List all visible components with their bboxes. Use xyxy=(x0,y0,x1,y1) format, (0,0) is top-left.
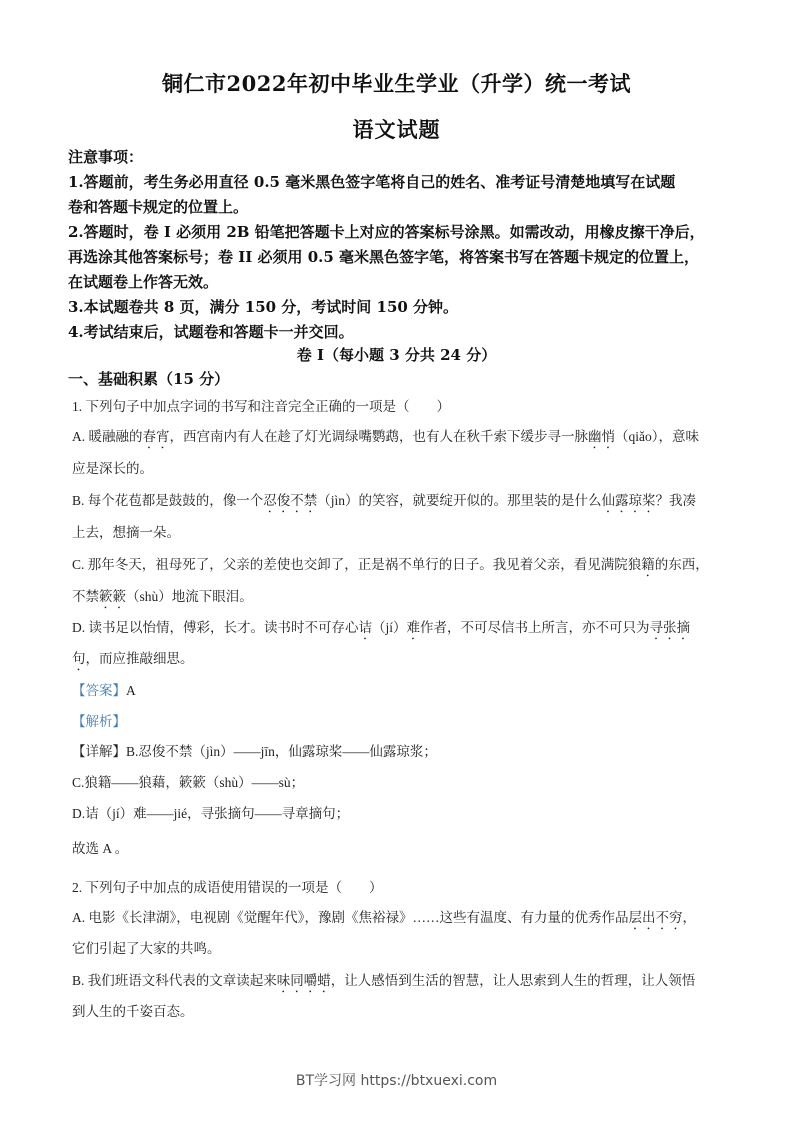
q2-option-a-cont: 它们引起了大家的共鸣。 xyxy=(72,938,221,960)
notice-line: 卷和答题卡规定的位置上。 xyxy=(68,195,248,219)
q1-option-b: B. 每个花苞都是鼓鼓的，像一个忍俊不禁（jìn）的笑容，就要绽开似的。那里装的… xyxy=(72,490,696,516)
text: （qiǎo），意味 xyxy=(615,429,699,444)
q1-option-d: D. 读书足以怡情，傅彩，长才。读书时不可存心诘（jí）难作者，不可尽信书上所言… xyxy=(72,617,690,643)
notice-line: 2.答题时，卷 I 必须用 2B 铅笔把答题卡上对应的答案标号涂黑。如需改动，用… xyxy=(68,220,705,244)
q2-option-a: A. 电影《长津湖》，电视剧《觉醒年代》，豫剧《焦裕禄》……这些有温度、有力量的… xyxy=(72,907,696,933)
text: （jìn）的笑容，就要绽开似的。那里装的是什么 xyxy=(317,493,601,508)
detail-line: 故选 A 。 xyxy=(72,838,128,860)
notice-line: 再选涂其他答案标号；卷 II 必须用 0.5 毫米黑色签字笔，将答案书写在答题卡… xyxy=(68,245,699,269)
exam-title: 铜仁市2022年初中毕业生学业（升学）统一考试 xyxy=(0,68,793,98)
exam-subtitle: 语文试题 xyxy=(0,114,793,144)
dotted-word: 诘 xyxy=(359,620,373,635)
text: ， xyxy=(683,910,697,925)
text: ，而应推敲细思。 xyxy=(86,651,194,666)
q2-option-b: B. 我们班语文科代表的文章读起来味同嚼蜡，让人感悟到生活的智慧，让人思索到人生… xyxy=(72,970,695,996)
dotted-word: 寻张摘 xyxy=(650,620,691,635)
detail-line: C.狼籍——狼藉，簌簌（shù）——sù； xyxy=(72,772,304,794)
text: ，让人感悟到生活的智慧，让人思索到人生的哲理，让人领悟 xyxy=(331,973,696,988)
answer-value: A xyxy=(126,683,136,698)
text: B. 我们班语文科代表的文章读起来 xyxy=(72,973,277,988)
q1-stem: 1. 下列句子中加点字词的书写和注音完全正确的一项是（ ） xyxy=(72,396,450,418)
text: 的东西， xyxy=(655,557,709,572)
analysis-label: 【解析】 xyxy=(72,711,126,733)
text: 不禁 xyxy=(72,589,99,604)
q1-option-d-cont: 句，而应推敲细思。 xyxy=(72,648,194,674)
q1-option-b-cont: 上去，想摘一朵。 xyxy=(72,522,180,544)
dotted-word: 层出不穷 xyxy=(629,910,683,925)
dotted-word: 仙露琼桨 xyxy=(602,493,656,508)
q2-option-b-cont: 到人生的千姿百态。 xyxy=(72,1001,194,1023)
text: B. 每个花苞都是鼓鼓的，像一个 xyxy=(72,493,263,508)
text: ？我凑 xyxy=(656,493,697,508)
q1-option-a: A. 暖融融的春宵，西宫南内有人在趁了灯光调绿嘴鹦鹉，也有人在秋千索下缓步寻一脉… xyxy=(72,426,699,452)
text: C. 那年冬天，祖母死了，父亲的差使也交卸了，正是祸不单行的日子。我见着父亲，看… xyxy=(72,557,641,572)
notice-line: 1.答题前，考生务必用直径 0.5 毫米黑色签字笔将自己的姓名、准考证号清楚地填… xyxy=(68,170,675,194)
dotted-word: 幽悄 xyxy=(588,429,615,444)
dotted-word: 忍俊不禁 xyxy=(263,493,317,508)
notice-line: 4.考试结束后，试题卷和答题卡一并交回。 xyxy=(68,320,354,344)
notice-heading: 注意事项： xyxy=(68,145,143,169)
answer-label: 【答案】 xyxy=(72,683,126,698)
exam-page: 铜仁市2022年初中毕业生学业（升学）统一考试 语文试题 注意事项： 1.答题前… xyxy=(0,0,793,1122)
dotted-word: 春宵 xyxy=(143,429,170,444)
text: （shù）地流下眼泪。 xyxy=(126,589,253,604)
text: ，西宫南内有人在趁了灯光调绿嘴鹦鹉，也有人在秋千索下缓步寻一脉 xyxy=(170,429,589,444)
q1-answer: 【答案】A xyxy=(72,680,136,702)
section1-heading: 一、基础积累（15 分） xyxy=(68,367,229,391)
q1-option-c-cont: 不禁簌簌（shù）地流下眼泪。 xyxy=(72,586,253,612)
q1-option-c: C. 那年冬天，祖母死了，父亲的差使也交卸了，正是祸不单行的日子。我见着父亲，看… xyxy=(72,554,709,580)
dotted-word: 籍 xyxy=(641,557,655,572)
notice-line: 3.本试题卷共 8 页，满分 150 分，考试时间 150 分钟。 xyxy=(68,295,458,319)
dotted-word: 簌簌 xyxy=(99,589,126,604)
q1-option-a-cont: 应是深长的。 xyxy=(72,458,153,480)
text: A. 暖融融的 xyxy=(72,429,143,444)
notice-line: 在试题卷上作答无效。 xyxy=(68,270,218,294)
text: 作者，不可尽信书上所言，亦不可只为 xyxy=(420,620,650,635)
part1-heading: 卷 I（每小题 3 分共 24 分） xyxy=(0,343,793,367)
dotted-word: 句 xyxy=(72,651,86,666)
detail-line: D.诘（jí）难——jié，寻张摘句——寻章摘句； xyxy=(72,803,349,825)
detail-line: 【详解】B.忍俊不禁（jìn）——jīn，仙露琼桨——仙露琼浆； xyxy=(72,741,437,763)
dotted-word: 难 xyxy=(407,620,421,635)
dotted-word: 味同嚼蜡 xyxy=(277,973,331,988)
q2-stem: 2. 下列句子中加点的成语使用错误的一项是（ ） xyxy=(72,877,383,899)
watermark-footer: BT学习网 https://btxuexi.com xyxy=(0,1070,793,1090)
text: A. 电影《长津湖》，电视剧《觉醒年代》，豫剧《焦裕禄》……这些有温度、有力量的… xyxy=(72,910,629,925)
text: D. 读书足以怡情，傅彩，长才。读书时不可存心 xyxy=(72,620,359,635)
text: （jí） xyxy=(372,620,407,635)
